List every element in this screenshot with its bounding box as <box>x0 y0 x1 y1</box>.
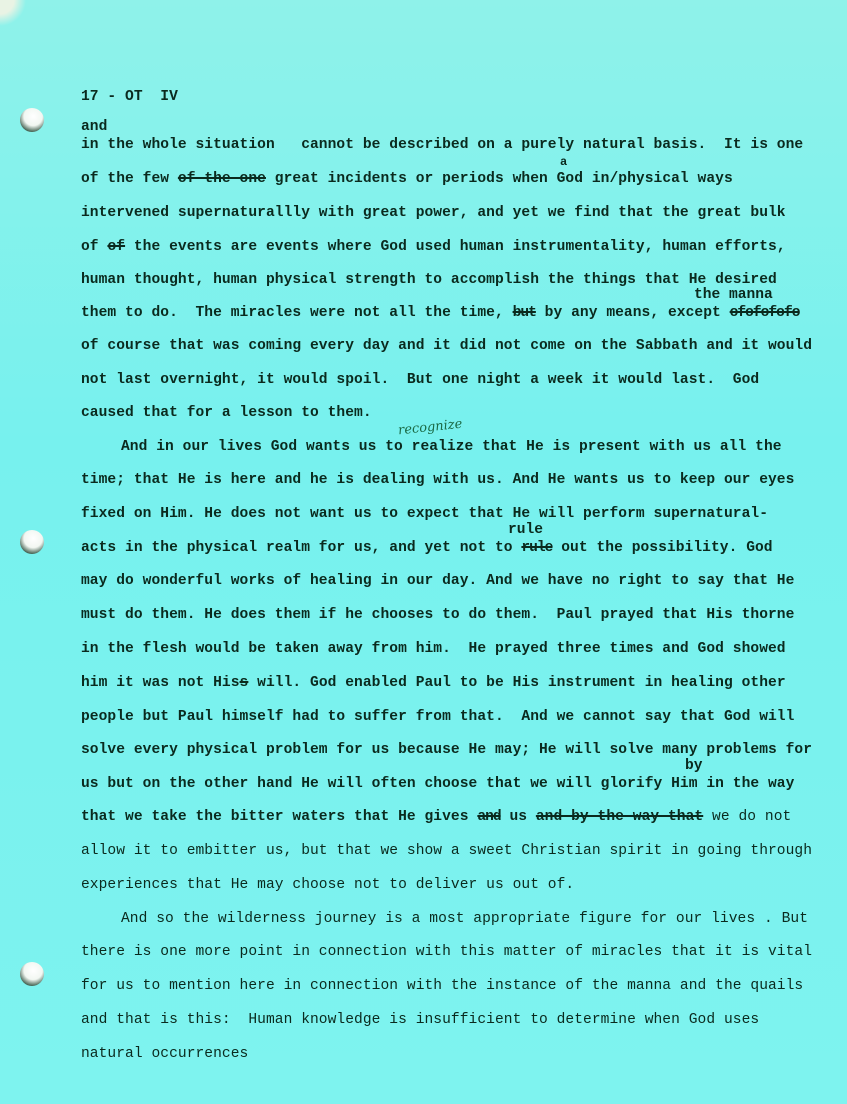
punch-hole-icon <box>20 530 44 554</box>
text-line: time; that He is here and he is dealing … <box>81 471 794 489</box>
text-line: there is one more point in connection wi… <box>81 943 812 961</box>
line-segment: great incidents or periods when God in/p… <box>266 171 733 187</box>
caret-mark: a <box>560 155 567 169</box>
text-line: in the whole situation cannot be describ… <box>81 136 803 154</box>
insert-the-manna: the manna <box>694 287 773 303</box>
text-line: may do wonderful works of healing in our… <box>81 572 794 590</box>
struck-text: and by the way that <box>536 809 703 825</box>
struck-text: rule <box>521 540 552 556</box>
text-line: allow it to embitter us, but that we sho… <box>81 842 812 860</box>
typewritten-page: 17 - OT IV and in the whole situation ca… <box>0 0 847 1104</box>
insert-rule: rule <box>508 522 543 538</box>
text-line: natural occurrences <box>81 1045 248 1063</box>
struck-text: of the one <box>178 171 266 187</box>
text-line: and that is this: Human knowledge is ins… <box>81 1011 759 1029</box>
text-line: experiences that He may choose not to de… <box>81 876 574 894</box>
text-line: us but on the other hand He will often c… <box>81 775 794 793</box>
text-line: people but Paul himself had to suffer fr… <box>81 708 794 726</box>
punch-hole-icon <box>20 108 44 132</box>
struck-text: ofofofofo <box>730 305 800 321</box>
line-segment: by any means, except <box>536 305 730 321</box>
line-segment: we do not <box>703 809 791 825</box>
line-segment: the events are events where God used hum… <box>125 239 786 255</box>
text-line: that we take the bitter waters that He g… <box>81 808 791 826</box>
text-line: fixed on Him. He does not want us to exp… <box>81 505 768 523</box>
text-line: And in our lives God wants us to realize… <box>121 438 782 456</box>
text-line: human thought, human physical strength t… <box>81 271 777 289</box>
text-line: solve every physical problem for us beca… <box>81 741 812 759</box>
punch-hole-icon <box>20 962 44 986</box>
text-line: them to do. The miracles were not all th… <box>81 304 799 322</box>
line-segment: of <box>81 239 107 255</box>
handwritten-correction: recognize <box>397 417 463 439</box>
text-line: not last overnight, it would spoil. But … <box>81 371 759 389</box>
text-line: him it was not Hiss will. God enabled Pa… <box>81 674 786 692</box>
text-line: of the few of the one great incidents or… <box>81 170 733 188</box>
line-segment: out the possibility. God <box>552 540 772 556</box>
struck-text: but <box>513 305 536 321</box>
page-corner-fold <box>0 0 40 40</box>
text-line: And so the wilderness journey is a most … <box>121 910 808 928</box>
text-line: of course that was coming every day and … <box>81 337 812 355</box>
text-line: caused that for a lesson to them. <box>81 404 372 422</box>
line-segment: him it was not His <box>81 675 240 691</box>
line-segment: them to do. The miracles were not all th… <box>81 305 513 321</box>
line-segment: of the few <box>81 171 178 187</box>
text-line: for us to mention here in connection wit… <box>81 977 803 995</box>
insert-by: by <box>685 758 703 774</box>
line-segment: that we take the bitter waters that He g… <box>81 809 477 825</box>
page-label: 17 - OT IV <box>81 88 178 106</box>
struck-text: and <box>477 809 500 825</box>
line-segment: will. God enabled Paul to be His instrum… <box>248 675 785 691</box>
text-line: acts in the physical realm for us, and y… <box>81 539 773 557</box>
text-line: in the flesh would be taken away from hi… <box>81 640 786 658</box>
text-line: must do them. He does them if he chooses… <box>81 606 794 624</box>
insert-and: and <box>81 118 107 136</box>
line-segment: us <box>501 809 536 825</box>
text-line: intervened supernaturallly with great po… <box>81 204 786 222</box>
line-segment: acts in the physical realm for us, and y… <box>81 540 521 556</box>
text-line: of of the events are events where God us… <box>81 238 786 256</box>
struck-text: of <box>107 239 125 255</box>
